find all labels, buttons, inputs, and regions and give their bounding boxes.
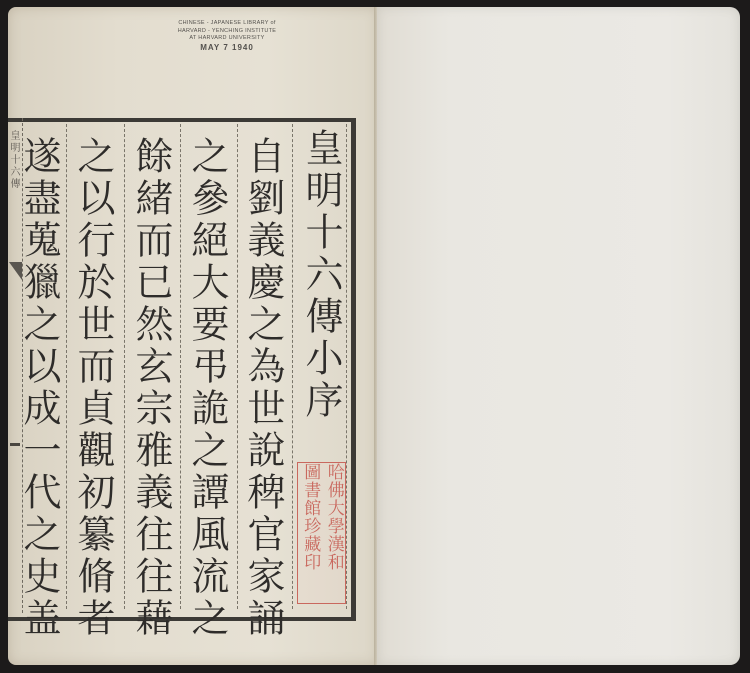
column-divider [346,124,347,609]
stamp-line-3: AT HARVARD UNIVERSITY [167,35,287,43]
column-divider [292,124,293,609]
text-column-1: 自劉義慶之為世說稗官家誦 [242,136,284,640]
text-column-4: 之以行於世而貞觀初纂脩者 [72,136,114,640]
text-column-2: 之參絕大要弔詭之譚風流之 [186,136,228,640]
text-column-3: 餘緒而已然玄宗雅義往往藉 [130,136,172,640]
stamp-date: MAY 7 1940 [167,43,287,53]
column-divider [237,124,238,609]
seal-column-2: 圖書館珍藏印 [299,463,320,603]
column-divider [66,124,67,609]
library-accession-stamp: CHINESE - JAPANESE LIBRARY of HARVARD - … [167,20,287,53]
seal-column-1: 哈佛大學漢和 [323,463,344,603]
column-divider [124,124,125,609]
right-page-blank [377,7,740,665]
stamp-line-2: HARVARD - YENCHING INSTITUTE [167,28,287,36]
text-column-5: 遂盡蒐獵之以成一代之史盖 [18,136,60,640]
column-divider [180,124,181,609]
library-seal-red: 哈佛大學漢和 圖書館珍藏印 [297,462,346,604]
stamp-line-1: CHINESE - JAPANESE LIBRARY of [167,20,287,28]
title-column: 皇明十六傳小序 [300,128,342,422]
